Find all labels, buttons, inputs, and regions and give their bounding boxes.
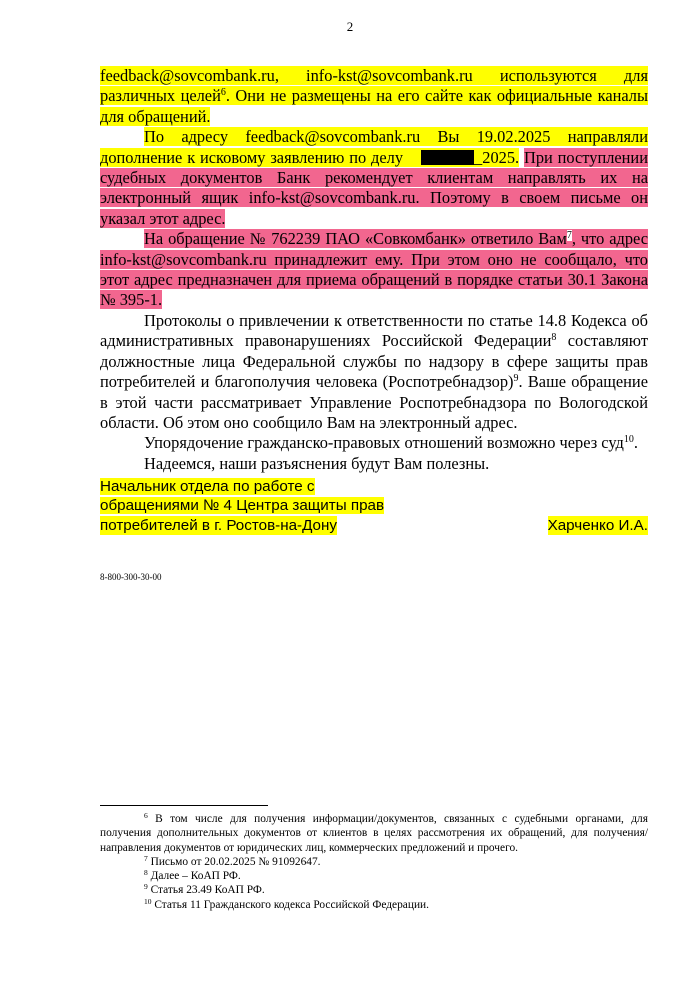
paragraph-feedback-address: По адресу feedback@sovcombank.ru Вы 19.0…	[100, 127, 648, 229]
footnote-ref-10[interactable]: 10	[624, 434, 634, 445]
letter-body: feedback@sovcombank.ru, info-kst@sovcomb…	[100, 66, 648, 474]
paragraph-bank-reply: На обращение № 762239 ПАО «Совкомбанк» о…	[100, 229, 648, 311]
footnote-7: 7 Письмо от 20.02.2025 № 91092647.	[100, 855, 648, 869]
footnote-9: 9 Статья 23.49 КоАП РФ.	[100, 883, 648, 897]
paragraph-closing: Надеемся, наши разъяснения будут Вам пол…	[100, 454, 648, 474]
redacted-case-number	[421, 150, 474, 165]
highlight-pink: На обращение № 762239 ПАО «Совкомбанк» о…	[100, 229, 648, 309]
paragraph-protocols: Протоколы о привлечении к ответственност…	[100, 311, 648, 433]
paragraph-email-purposes: feedback@sovcombank.ru, info-kst@sovcomb…	[100, 66, 648, 127]
footnote-separator	[100, 805, 268, 806]
footnote-8: 8 Далее – КоАП РФ.	[100, 869, 648, 883]
signatory-name: Харченко И.А.	[548, 516, 648, 535]
footnotes: 6 В том числе для получения информации/д…	[100, 812, 648, 912]
footnote-10: 10 Статья 11 Гражданского кодекса Россий…	[100, 898, 648, 912]
contact-phone: 8-800-300-30-00	[100, 572, 162, 582]
signatory-title-line-3: потребителей в г. Ростов-на-Дону	[100, 516, 337, 535]
page-number: 2	[0, 19, 700, 35]
footnote-6: 6 В том числе для получения информации/д…	[100, 812, 648, 855]
highlight-yellow: feedback@sovcombank.ru, info-kst@sovcomb…	[100, 66, 648, 126]
signature-block: Начальник отдела по работе с обращениями…	[100, 477, 648, 535]
signatory-title-line-2: обращениями № 4 Центра защиты прав	[100, 497, 384, 514]
paragraph-court: Упорядочение гражданско-правовых отношен…	[100, 433, 648, 453]
signatory-title-line-1: Начальник отдела по работе с	[100, 478, 315, 495]
